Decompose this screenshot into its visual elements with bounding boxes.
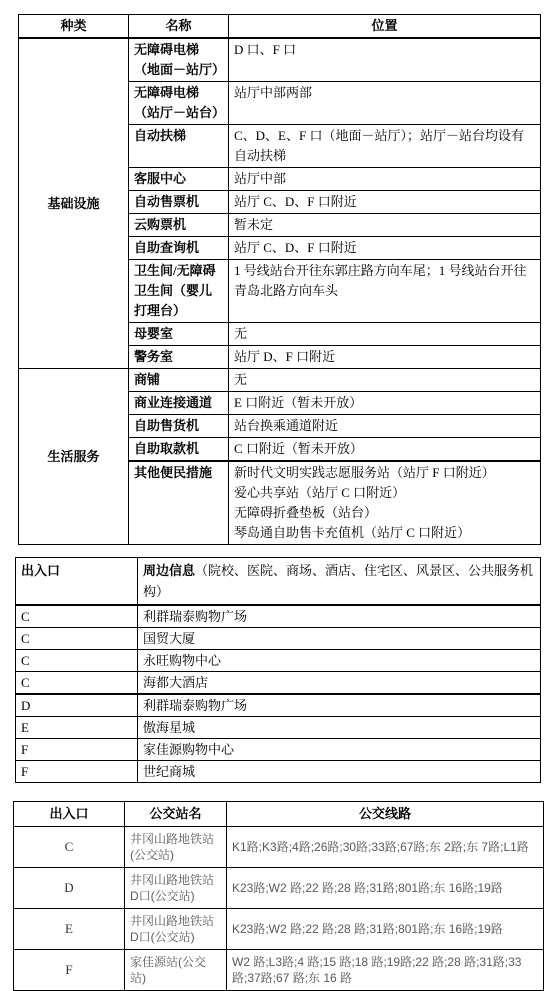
station-info-document: 种类 名称 位置 基础设施无障碍电梯（地面－站厅）D 口、F 口无障碍电梯（站厅… <box>0 14 556 991</box>
facility-location-cell: D 口、F 口 <box>229 38 541 82</box>
facility-location-cell: 站厅 C、D、F 口附近 <box>229 237 541 260</box>
surrounding-info-cell: 国贸大厦 <box>138 628 541 650</box>
table-row: C利群瑞泰购物广场 <box>16 605 541 628</box>
bus-exit-cell: D <box>14 868 125 909</box>
exit-letter-cell: C <box>16 650 138 672</box>
category-cell: 生活服务 <box>19 369 129 545</box>
header-exit: 出入口 <box>16 558 138 606</box>
header-bus-stop: 公交站名 <box>125 802 227 827</box>
facility-location-cell: 站厅 C、D、F 口附近 <box>229 191 541 214</box>
facility-location-cell: 站厅中部 <box>229 168 541 191</box>
bus-lines-cell: K23路;W2 路;22 路;28 路;31路;801路;东 16路;19路 <box>227 909 544 950</box>
facility-name-cell: 商业连接通道 <box>129 392 229 415</box>
surrounding-info-cell: 利群瑞泰购物广场 <box>138 694 541 717</box>
table-row: F世纪商城 <box>16 761 541 783</box>
bus-exit-cell: E <box>14 909 125 950</box>
facilities-table: 种类 名称 位置 基础设施无障碍电梯（地面－站厅）D 口、F 口无障碍电梯（站厅… <box>18 14 541 545</box>
exit-letter-cell: D <box>16 694 138 717</box>
facility-location-cell: E 口附近（暂未开放） <box>229 392 541 415</box>
facility-name-cell: 自助查询机 <box>129 237 229 260</box>
bus-stop-cell: 井冈山路地铁站D口(公交站) <box>125 868 227 909</box>
bus-exit-cell: F <box>14 950 125 991</box>
facility-name-cell: 其他便民措施 <box>129 461 229 545</box>
facility-name-cell: 商铺 <box>129 369 229 392</box>
bus-stop-cell: 井冈山路地铁站(公交站) <box>125 827 227 868</box>
table-row: D利群瑞泰购物广场 <box>16 694 541 717</box>
bus-stop-cell: 井冈山路地铁站D口(公交站) <box>125 909 227 950</box>
facility-name-cell: 自助取款机 <box>129 438 229 462</box>
exit-letter-cell: E <box>16 717 138 739</box>
facility-location-cell: 无 <box>229 369 541 392</box>
facility-name-cell: 母婴室 <box>129 323 229 346</box>
facility-name-cell: 无障碍电梯（地面－站厅） <box>129 38 229 82</box>
surroundings-bold-label: 周边信息 <box>143 563 195 578</box>
bus-exit-cell: C <box>14 827 125 868</box>
bus-header-row: 出入口 公交站名 公交线路 <box>14 802 544 827</box>
table-row: 生活服务商铺无 <box>19 369 541 392</box>
header-surroundings: 周边信息（院校、医院、商场、酒店、住宅区、风景区、公共服务机构） <box>138 558 541 606</box>
facility-location-cell: 1 号线站台开往东郭庄路方向车尾；1 号线站台开往青岛北路方向车头 <box>229 260 541 323</box>
category-cell: 基础设施 <box>19 38 129 369</box>
facility-location-cell: 站厅中部两部 <box>229 82 541 125</box>
facility-name-cell: 无障碍电梯（站厅－站台） <box>129 82 229 125</box>
bus-lines-cell: K1路;K3路;4路;26路;30路;33路;67路;东 2路;东 7路;L1路 <box>227 827 544 868</box>
surrounding-info-cell: 海都大酒店 <box>138 672 541 695</box>
facility-location-cell: 新时代文明实践志愿服务站（站厅 F 口附近） 爱心共享站（站厅 C 口附近） 无… <box>229 461 541 545</box>
table-row: C永旺购物中心 <box>16 650 541 672</box>
facility-location-cell: C 口附近（暂未开放） <box>229 438 541 462</box>
exits-header-row: 出入口 周边信息（院校、医院、商场、酒店、住宅区、风景区、公共服务机构） <box>16 558 541 606</box>
facility-name-cell: 云购票机 <box>129 214 229 237</box>
header-name: 名称 <box>129 15 229 39</box>
exit-letter-cell: F <box>16 761 138 783</box>
header-exit-label: 出入口 <box>21 563 60 578</box>
bus-lines-cell: W2 路;L3路;4 路;15 路;18 路;19路;22 路;28 路;31路… <box>227 950 544 991</box>
facility-name-cell: 自助售货机 <box>129 415 229 438</box>
table-row: C国贸大厦 <box>16 628 541 650</box>
table-row: E傲海星城 <box>16 717 541 739</box>
exit-letter-cell: C <box>16 672 138 695</box>
header-location: 位置 <box>229 15 541 39</box>
bus-table: 出入口 公交站名 公交线路 C井冈山路地铁站(公交站)K1路;K3路;4路;26… <box>13 801 544 991</box>
facility-name-cell: 卫生间/无障碍卫生间（婴儿打理台） <box>129 260 229 323</box>
table-row: C海都大酒店 <box>16 672 541 695</box>
facility-location-cell: 站台换乘通道附近 <box>229 415 541 438</box>
header-category: 种类 <box>19 15 129 39</box>
table-row: C井冈山路地铁站(公交站)K1路;K3路;4路;26路;30路;33路;67路;… <box>14 827 544 868</box>
surrounding-info-cell: 利群瑞泰购物广场 <box>138 605 541 628</box>
surrounding-info-cell: 傲海星城 <box>138 717 541 739</box>
header-bus-exit: 出入口 <box>14 802 125 827</box>
surrounding-info-cell: 永旺购物中心 <box>138 650 541 672</box>
table-row: F家佳源站(公交站)W2 路;L3路;4 路;15 路;18 路;19路;22 … <box>14 950 544 991</box>
bus-lines-cell: K23路;W2 路;22 路;28 路;31路;801路;东 16路;19路 <box>227 868 544 909</box>
facility-location-cell: 暂未定 <box>229 214 541 237</box>
exit-letter-cell: C <box>16 605 138 628</box>
exit-letter-cell: F <box>16 739 138 761</box>
facility-location-cell: C、D、E、F 口（地面－站厅）；站厅－站台均设有自动扶梯 <box>229 125 541 168</box>
surroundings-detail-label: （院校、医院、商场、酒店、住宅区、风景区、公共服务机构） <box>143 563 533 599</box>
surrounding-info-cell: 世纪商城 <box>138 761 541 783</box>
table-row: 基础设施无障碍电梯（地面－站厅）D 口、F 口 <box>19 38 541 82</box>
header-bus-lines: 公交线路 <box>227 802 544 827</box>
table-row: F家佳源购物中心 <box>16 739 541 761</box>
bus-stop-cell: 家佳源站(公交站) <box>125 950 227 991</box>
facility-name-cell: 自动售票机 <box>129 191 229 214</box>
facilities-header-row: 种类 名称 位置 <box>19 15 541 39</box>
facility-name-cell: 客服中心 <box>129 168 229 191</box>
exits-table: 出入口 周边信息（院校、医院、商场、酒店、住宅区、风景区、公共服务机构） C利群… <box>15 557 541 783</box>
table-row: D井冈山路地铁站D口(公交站)K23路;W2 路;22 路;28 路;31路;8… <box>14 868 544 909</box>
facility-name-cell: 自动扶梯 <box>129 125 229 168</box>
exit-letter-cell: C <box>16 628 138 650</box>
facility-name-cell: 警务室 <box>129 346 229 369</box>
surrounding-info-cell: 家佳源购物中心 <box>138 739 541 761</box>
facility-location-cell: 无 <box>229 323 541 346</box>
table-row: E井冈山路地铁站D口(公交站)K23路;W2 路;22 路;28 路;31路;8… <box>14 909 544 950</box>
facility-location-cell: 站厅 D、F 口附近 <box>229 346 541 369</box>
